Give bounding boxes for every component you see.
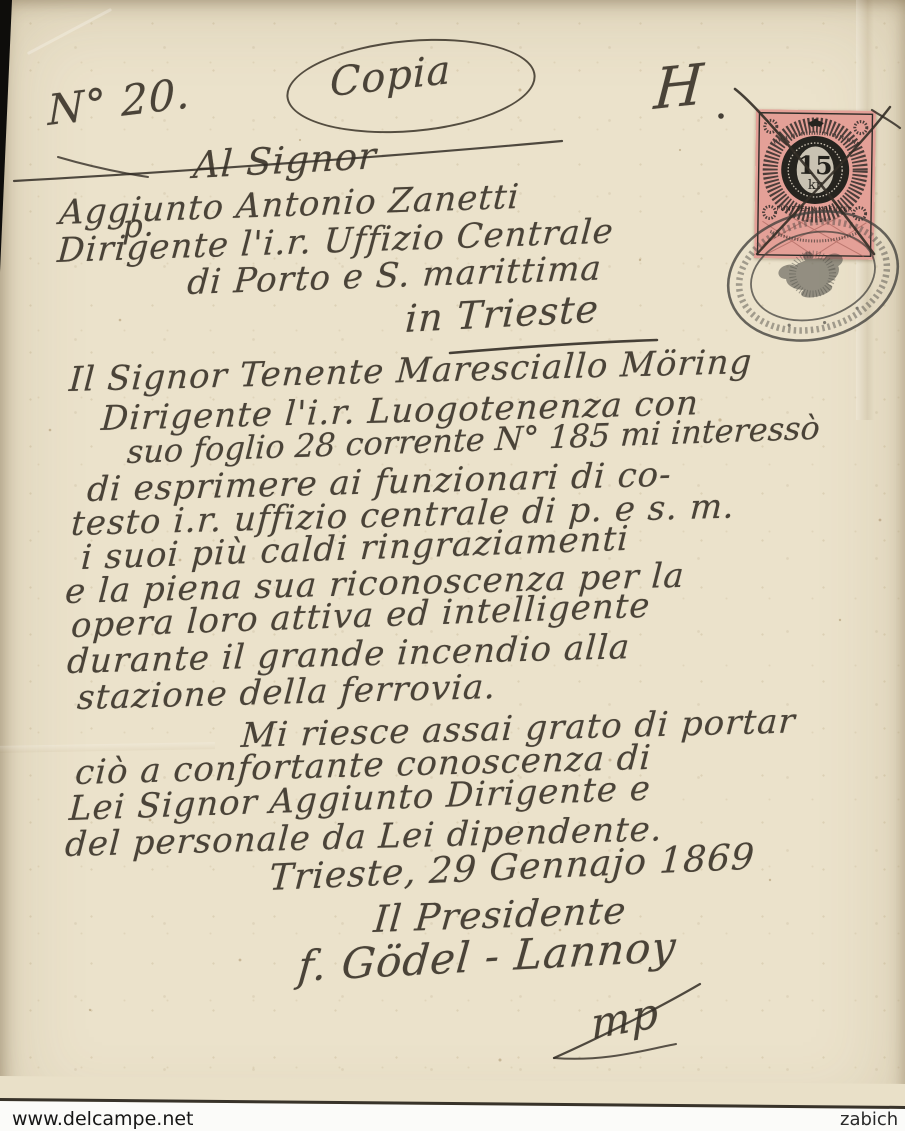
monogram: H — [652, 52, 706, 123]
watermark-zabich: zabich — [840, 1109, 898, 1130]
document-number: N° 20. — [47, 68, 191, 135]
paper-edge-shadow-topleft — [0, 0, 12, 272]
ink-blot — [718, 113, 724, 119]
watermark-delcampe: www.delcampe.net — [12, 1108, 194, 1130]
paper-crease-topleft — [27, 8, 112, 55]
scanned-letter: Copia N° 20. H p. Al Signor Aggiunto Ant… — [0, 0, 905, 1131]
addressee-salutation-line: Al Signor — [192, 134, 378, 187]
stamp-value: 15 — [798, 151, 833, 180]
signature: f. Gödel - Lannoy — [296, 922, 678, 991]
oval-postmark — [701, 175, 905, 376]
addressee-city-line: in Trieste — [404, 287, 600, 341]
paraph-mark: mp — [590, 988, 659, 1049]
